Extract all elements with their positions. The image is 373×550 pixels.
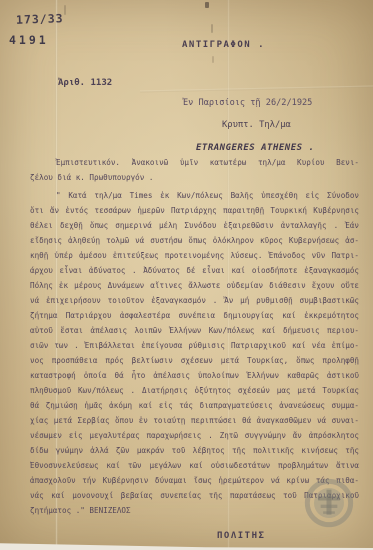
place-and-date: Ἐν Παρισίοις τῇ 26/2/1925 <box>183 98 312 108</box>
body-line: θέλει δεχθῇ ὅπως σημερινά μέλη Συνόδου ἐ… <box>30 218 359 233</box>
document-page: 173/33 4191 ΑΝΤΙΓΡΑΦΟΝ . Ἀριθ. 1132 Ἐν Π… <box>0 0 373 550</box>
body-line: σιῶν των . Ἐπιβάλλεται ἐπείγουσα ρύθμισι… <box>30 338 359 353</box>
body-line: ζήτημα Πατριάρχου ἀσφαλεστέρα συνέπεια δ… <box>30 308 359 323</box>
telegram-type: Κρυπτ. Τηλ/μα <box>222 120 291 130</box>
body-line: Ἐθνοσυνελεύσεως καί τῶν μεγάλων καί οὐσι… <box>30 458 359 473</box>
handwritten-reference-number: 173/33 <box>16 11 64 27</box>
body-line: Πόλης ἐκ μέρους Δυνάμεων αἵτινες ἄλλωστε… <box>30 278 359 293</box>
horizontal-crease <box>140 86 373 93</box>
body-line: νος προσπάθεια πρός βελτίωσιν σχέσεων με… <box>30 353 359 368</box>
body-line: αὐτοῦ ἔσται ἀπέλασις λοιπῶν Ἑλλήνων Κων/… <box>30 323 359 338</box>
body-line: καταστροφή ὁποία θά ἦτο ἀπέλασις ὑπολοίπ… <box>30 368 359 383</box>
circular-archive-stamp-icon <box>304 478 354 528</box>
body-line: χίας μετά Σερβίας ὅπου ἐν τοιαύτῃ περιπτ… <box>30 413 359 428</box>
body-line: πληθυσμοῦ Κων/πόλεως . Διατήρησις ὀξύτητ… <box>30 383 359 398</box>
ink-speck <box>211 24 213 33</box>
document-number: Ἀριθ. 1132 <box>58 78 112 88</box>
sender-signature: ΠΟΛΙΤΗΣ <box>217 531 265 541</box>
ink-speck <box>64 5 66 15</box>
body-line: εἴδησις ἀληθεύῃ τολμῶ νά συστήσω ὅπως ὁλ… <box>30 233 359 248</box>
stamped-archive-number: 4191 <box>9 33 49 47</box>
body-line: κηθῇ ὑπέρ ἀμέσου ἐπιτεύξεως προτεινομένη… <box>30 248 359 263</box>
body-line: δίδω γνώμην ἀλλά ζῶν μακράν τοῦ λέβητος … <box>30 443 359 458</box>
body-line: Ἐμπιστευτικόν. Ἀνακοινῶ ὑμῖν κατωτέρω τη… <box>30 155 359 170</box>
body-line: θά ζημιώσῃ ἡμᾶς ἀκόμη καί εἰς τάς διαπρα… <box>30 398 359 413</box>
ink-speck <box>205 2 209 8</box>
body-line: ζέλου διά κ. Πρωθυπουργόν . <box>30 170 359 185</box>
copy-label: ΑΝΤΙΓΡΑΦΟΝ . <box>182 40 265 50</box>
body-line: νά ἐπιχειρήσουν τοιοῦτον ἐξαναγκασμόν . … <box>30 293 359 308</box>
body-line: άρχου εἶναι ἀδύνατος . Ἀδύνατος δέ εἶναι… <box>30 263 359 278</box>
telegram-body: Ἐμπιστευτικόν. Ἀνακοινῶ ὑμῖν κατωτέρω τη… <box>30 155 359 518</box>
recipient-line: ETRANGERES ATHENES . <box>196 143 314 153</box>
body-line: νέσωμεν εἰς μεγαλυτέρας παραχωρήσεις . Ζ… <box>30 428 359 443</box>
ink-speck <box>212 56 214 63</box>
body-line: " Κατά τηλ/μα Times ἐκ Κων/πόλεως Βαλῆς … <box>30 188 359 203</box>
body-line: ὅτι ἄν ἐντός τεσσάρων ἡμερῶν Πατριάρχης … <box>30 203 359 218</box>
